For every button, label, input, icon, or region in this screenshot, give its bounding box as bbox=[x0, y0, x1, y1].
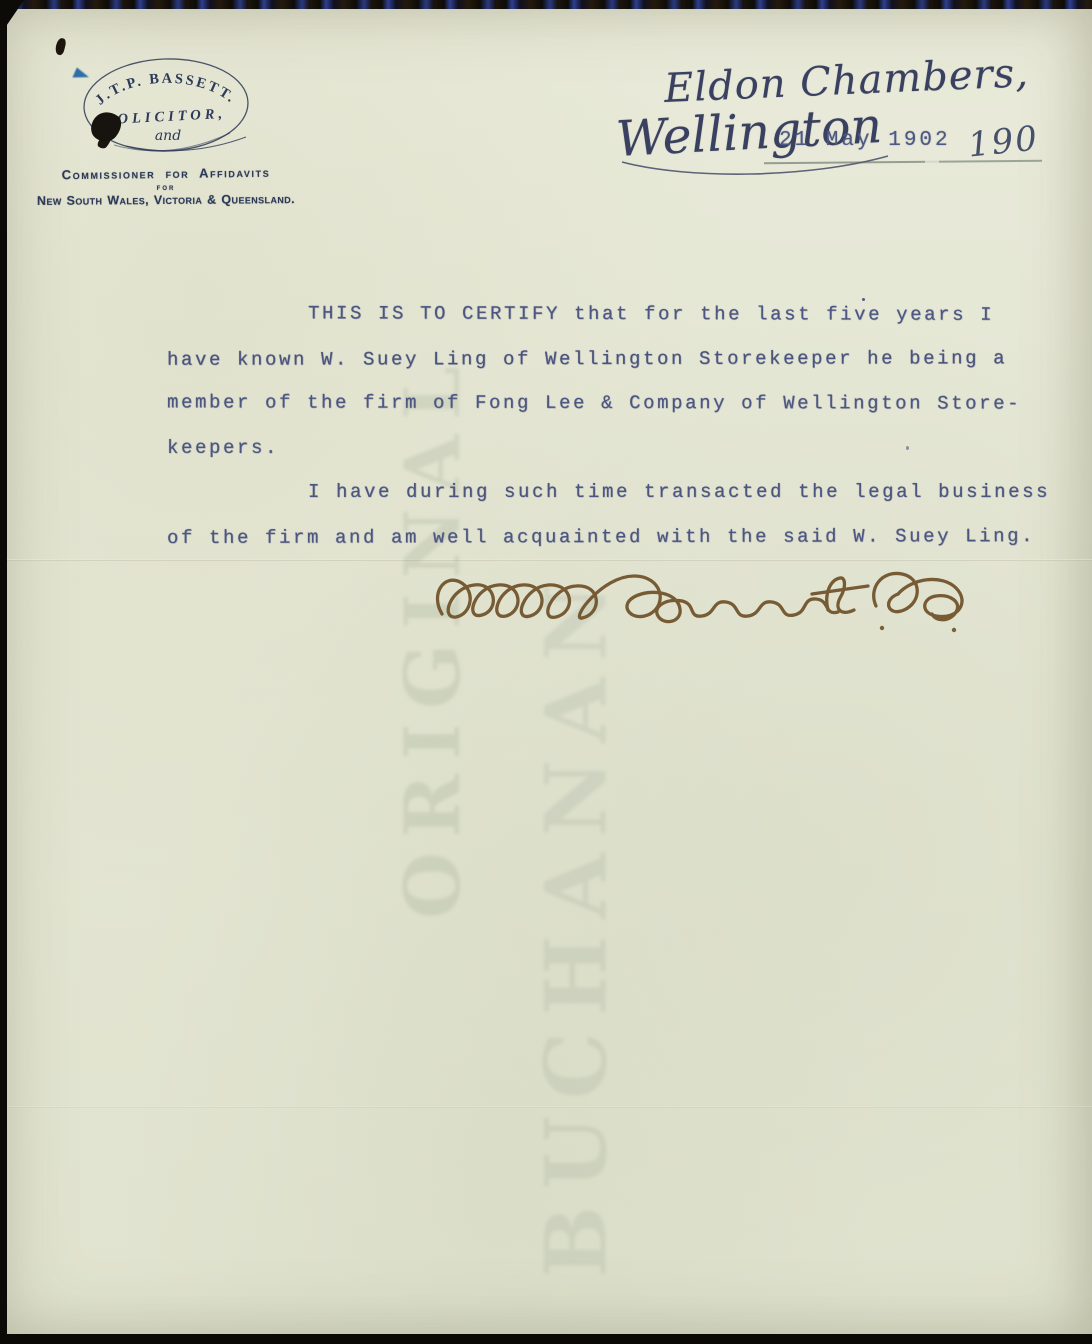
body-line: member of the firm of Fong Lee & Company… bbox=[167, 391, 1067, 437]
commissioner-for: for bbox=[22, 182, 310, 192]
scan-edge-bottom bbox=[0, 1334, 1092, 1344]
scan-edge-left bbox=[0, 0, 7, 1344]
body-line: keepers. bbox=[167, 437, 1067, 482]
signature-handwriting bbox=[430, 554, 980, 649]
commissioner-text-block: Commissioner for Affidavits for New Sout… bbox=[22, 166, 310, 207]
printed-year-prefix: 190 bbox=[966, 118, 1041, 165]
commissioner-jurisdictions: New South Wales, Victoria & Queensland. bbox=[22, 192, 310, 208]
certificate-body: THIS IS TO CERTIFY that for the last fiv… bbox=[167, 303, 1067, 570]
letterhead-oval-stamp: J.T.P. BASSETT. SOLICITOR, and bbox=[78, 55, 254, 159]
body-line: I have during such time transacted the l… bbox=[167, 481, 1067, 526]
stamp-and-text: and bbox=[155, 128, 181, 144]
typed-date: 21 May 1902 bbox=[779, 129, 951, 152]
ink-speck bbox=[906, 446, 909, 450]
commissioner-line: Commissioner for Affidavits bbox=[22, 164, 310, 183]
scan-edge-top bbox=[0, 0, 1092, 9]
body-line: have known W. Suey Ling of Wellington St… bbox=[167, 347, 1067, 393]
ink-speck bbox=[862, 298, 865, 301]
ghost-watermark-buchanan: BUCHANAN bbox=[516, 590, 636, 1255]
scanned-document: ORIGINAL BUCHANAN J.T.P. BASSETT. SOLICI… bbox=[0, 0, 1092, 1344]
body-line: THIS IS TO CERTIFY that for the last fiv… bbox=[167, 302, 1067, 348]
stamp-role-text: SOLICITOR, bbox=[105, 106, 226, 128]
stamp-name-text: J.T.P. BASSETT. bbox=[92, 71, 239, 109]
